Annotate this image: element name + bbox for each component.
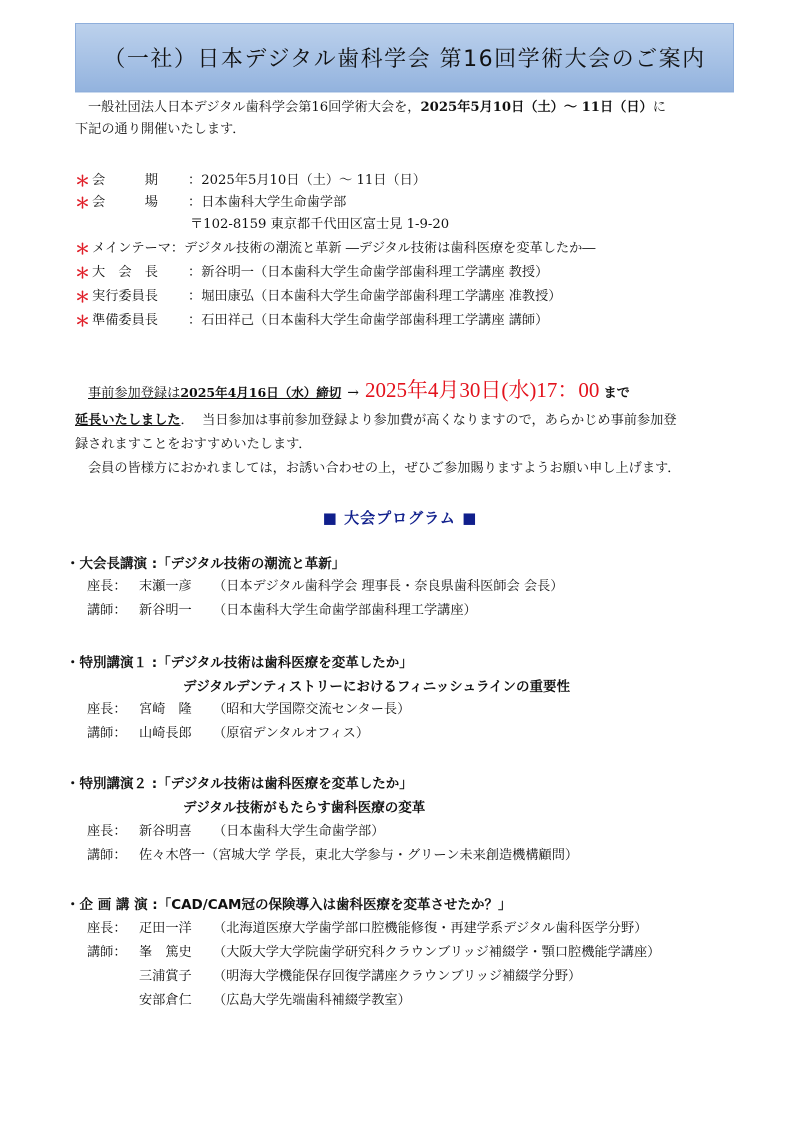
info-value: デジタル技術の潮流と革新 ―デジタル技術は歯科医療を変革したか―: [184, 238, 595, 260]
until-text: まで: [603, 382, 629, 401]
session-row: 座長： 疋田一洋 （北海道医療大学歯学部口腔機能修復・再建学系デジタル歯科医学分…: [87, 917, 647, 936]
session-heading: ・大会長講演 :「デジタル技術の潮流と革新」: [66, 552, 345, 572]
registration-note-line-3: 会員の皆様方におかれましては，お誘い合わせの上，ぜひご参加賜りますようお願い申し…: [88, 458, 680, 480]
info-row-address: 〒102-8159 東京都千代田区富士見 1-9-20: [190, 214, 449, 236]
role-label: 座長：: [87, 917, 139, 936]
role-label: 講師：: [87, 722, 139, 741]
role-label: 座長：: [87, 820, 139, 839]
info-value: 新谷明一（日本歯科大学生命歯学部歯科理工学講座 教授）: [201, 262, 548, 284]
affiliation: （明海大学機能保存回復学講座クラウンブリッジ補綴学分野）: [213, 965, 581, 984]
affiliation: （広島大学先端歯科補綴学教室）: [213, 989, 411, 1008]
new-deadline: 2025年4月30日(水)17：00: [365, 374, 600, 404]
page-title: （一社）日本デジタル歯科学会 第16回学術大会のご案内: [103, 42, 705, 73]
asterisk-icon: ＊: [75, 310, 90, 332]
session-row: 三浦賞子 （明海大学機能保存回復学講座クラウンブリッジ補綴学分野）: [87, 965, 581, 984]
session-row: 講師： 山崎長郎 （原宿デンタルオフィス）: [87, 722, 369, 741]
info-row-theme: ＊ メインテーマ ： デジタル技術の潮流と革新 ―デジタル技術は歯科医療を変革し…: [75, 238, 596, 260]
session-heading: ・特別講演１ :「デジタル技術は歯科医療を変革したか」: [66, 651, 413, 671]
intro-text: 一般社団法人日本デジタル歯科学会第16回学術大会を，: [88, 100, 421, 115]
intro-line-1: 一般社団法人日本デジタル歯科学会第16回学術大会を，2025年5月10日（土）～…: [88, 97, 666, 119]
info-label: 大 会 長: [92, 262, 188, 284]
affiliation: （日本デジタル歯科学会 理事長・奈良県歯科医師会 会長）: [213, 575, 563, 594]
info-value: 堀田康弘（日本歯科大学生命歯学部歯科理工学講座 准教授）: [201, 286, 561, 308]
info-row-executive-chair: ＊ 実行委員長 ： 堀田康弘（日本歯科大学生命歯学部歯科理工学講座 准教授）: [75, 286, 561, 308]
header-banner: （一社）日本デジタル歯科学会 第16回学術大会のご案内: [75, 23, 734, 92]
asterisk-icon: ＊: [75, 262, 90, 284]
session-subtitle: デジタルデンティストリーにおけるフィニッシュラインの重要性: [183, 675, 570, 695]
registration-note-1: 当日参加は事前参加登録より参加費が高くなりますので，あらかじめ事前参加登: [202, 413, 676, 428]
intro-suffix: に: [653, 100, 666, 115]
info-label: 実行委員長: [92, 286, 188, 308]
colon: ：: [188, 192, 201, 214]
session-row: 座長： 末瀬一彦 （日本デジタル歯科学会 理事長・奈良県歯科医師会 会長）: [87, 575, 563, 594]
affiliation: （日本歯科大学生命歯学部）: [213, 820, 384, 839]
session-row: 座長： 宮崎 隆 （昭和大学国際交流センター長）: [87, 698, 410, 717]
session-heading: ・特別講演２ :「デジタル技術は歯科医療を変革したか」: [66, 772, 413, 792]
info-label: 会 期: [92, 170, 188, 192]
person-name: 峯 篤史: [139, 941, 209, 960]
role-label: 講師：: [87, 599, 139, 618]
role-label: 講師：: [87, 941, 139, 960]
program-title: ■ 大会プログラム ■: [0, 507, 800, 528]
person-name: 末瀬一彦: [139, 575, 209, 594]
asterisk-icon: ＊: [75, 170, 90, 192]
colon: ：: [188, 310, 201, 332]
registration-prefix: 事前参加登録は: [88, 382, 180, 401]
affiliation: （昭和大学国際交流センター長）: [213, 698, 410, 717]
colon: ：: [188, 286, 201, 308]
session-row: 講師： 佐々木啓一 （宮城大学 学長，東北大学参与・グリーン未来創造機構顧問）: [87, 844, 578, 863]
person-name: 新谷明喜: [139, 820, 209, 839]
period: ．: [181, 413, 194, 428]
info-value: 石田祥己（日本歯科大学生命歯学部歯科理工学講座 講師）: [201, 310, 548, 332]
info-row-dates: ＊ 会 期 ： 2025年5月10日（土）～ 11日（日）: [75, 170, 426, 192]
info-row-preparation-chair: ＊ 準備委員長 ： 石田祥己（日本歯科大学生命歯学部歯科理工学講座 講師）: [75, 310, 548, 332]
affiliation: （日本歯科大学生命歯学部歯科理工学講座）: [213, 599, 477, 618]
extended-text: 延長いたしました: [75, 413, 181, 428]
old-deadline: 2025年4月16日（水）締切: [180, 383, 341, 401]
person-name: 新谷明一: [139, 599, 209, 618]
info-value: 日本歯科大学生命歯学部: [201, 192, 346, 214]
session-subtitle: デジタル技術がもたらす歯科医療の変革: [183, 796, 425, 816]
affiliation: （北海道医療大学歯学部口腔機能修復・再建学系デジタル歯科医学分野）: [213, 917, 647, 936]
person-name: 三浦賞子: [139, 965, 209, 984]
affiliation: （大阪大学大学院歯学研究科クラウンブリッジ補綴学・顎口腔機能学講座）: [213, 941, 660, 960]
affiliation: （宮城大学 学長，東北大学参与・グリーン未来創造機構顧問）: [205, 844, 578, 863]
role-label: 講師：: [87, 844, 139, 863]
info-label: 会 場: [92, 192, 188, 214]
role-label: 座長：: [87, 575, 139, 594]
colon: ：: [188, 262, 201, 284]
info-value: 2025年5月10日（土）～ 11日（日）: [201, 170, 426, 192]
colon: ：: [188, 170, 201, 192]
registration-note-line-2: 録されますことをおすすめいたします．: [75, 434, 311, 456]
info-row-president: ＊ 大 会 長 ： 新谷明一（日本歯科大学生命歯学部歯科理工学講座 教授）: [75, 262, 548, 284]
person-name: 安部倉仁: [139, 989, 209, 1008]
session-row: 講師： 峯 篤史 （大阪大学大学院歯学研究科クラウンブリッジ補綴学・顎口腔機能学…: [87, 941, 660, 960]
session-heading: ・企 画 講 演 :「CAD/CAM冠の保険導入は歯科医療を変革させたか？」: [66, 893, 511, 913]
arrow-icon: →: [347, 385, 359, 401]
intro-line-2: 下記の通り開催いたします．: [75, 119, 245, 141]
session-row: 安部倉仁 （広島大学先端歯科補綴学教室）: [87, 989, 411, 1008]
person-name: 佐々木啓一: [139, 844, 205, 863]
info-value-address: 〒102-8159 東京都千代田区富士見 1-9-20: [190, 214, 449, 236]
registration-note-line-1: 延長いたしました． 当日参加は事前参加登録より参加費が高くなりますので，あらかじ…: [75, 410, 677, 432]
asterisk-icon: ＊: [75, 192, 90, 214]
info-row-venue: ＊ 会 場 ： 日本歯科大学生命歯学部: [75, 192, 346, 214]
role-label: 座長：: [87, 698, 139, 717]
info-label: メインテーマ: [92, 238, 171, 260]
person-name: 疋田一洋: [139, 917, 209, 936]
person-name: 山崎長郎: [139, 722, 209, 741]
registration-deadline-line: 事前参加登録は 2025年4月16日（水）締切 → 2025年4月30日(水)1…: [88, 374, 630, 404]
affiliation: （原宿デンタルオフィス）: [213, 722, 369, 741]
person-name: 宮崎 隆: [139, 698, 209, 717]
colon: ：: [171, 238, 184, 260]
info-label: 準備委員長: [92, 310, 188, 332]
session-row: 座長： 新谷明喜 （日本歯科大学生命歯学部）: [87, 820, 384, 839]
session-row: 講師： 新谷明一 （日本歯科大学生命歯学部歯科理工学講座）: [87, 599, 477, 618]
asterisk-icon: ＊: [75, 238, 90, 260]
asterisk-icon: ＊: [75, 286, 90, 308]
intro-date: 2025年5月10日（土）～ 11日（日）: [421, 100, 653, 115]
